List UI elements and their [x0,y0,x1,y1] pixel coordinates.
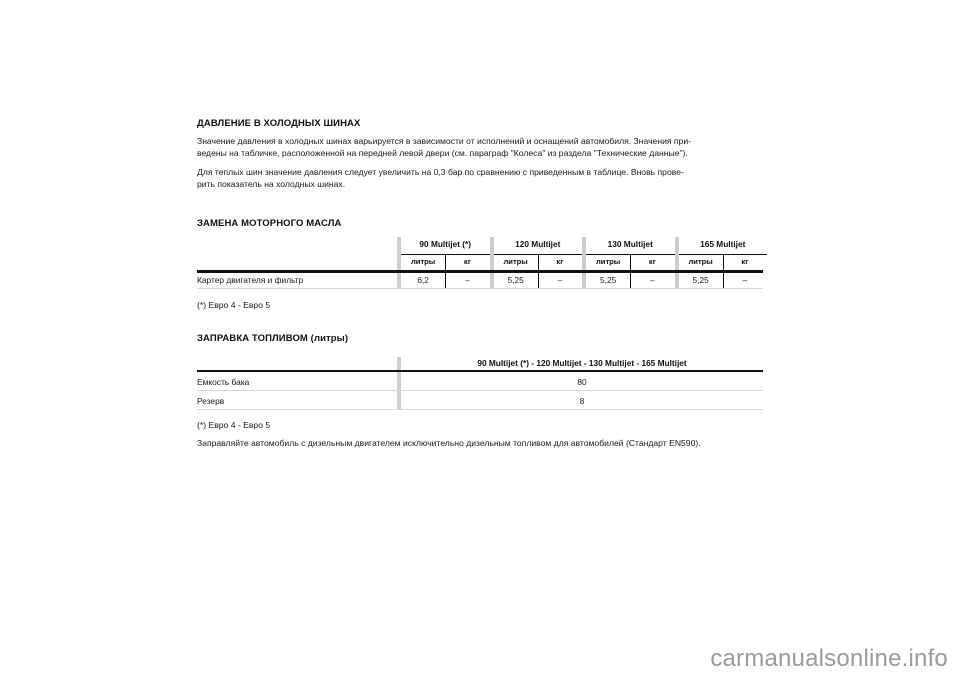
fuel-title: ЗАПРАВКА ТОПЛИВОМ (литры) [197,333,348,344]
engine-column-header: 90 Multijet (*) [401,239,490,249]
unit-header: кг [630,257,674,266]
header-rule [197,270,763,273]
unit-header: кг [538,257,582,266]
oil-value: 5,25 [586,275,630,285]
engine-column-header: 130 Multijet [586,239,675,249]
oil-row-label: Картер двигателя и фильтр [197,275,303,285]
fuel-footnote: (*) Евро 4 - Евро 5 [197,419,270,431]
row-divider [197,409,763,410]
header-rule [197,370,763,372]
fuel-row-label: Резерв [197,396,224,406]
unit-header: литры [401,257,445,266]
unit-header: литры [494,257,538,266]
fuel-note: Заправляйте автомобиль с дизельным двига… [197,437,701,449]
engine-column-header: 120 Multijet [494,239,583,249]
fuel-table-header: 90 Multijet (*) - 120 Multijet - 130 Mul… [401,358,763,368]
unit-header: литры [586,257,630,266]
oil-value: 5,25 [679,275,723,285]
fuel-row-value: 80 [401,377,763,387]
fuel-row-value: 8 [401,396,763,406]
unit-header: литры [679,257,723,266]
oil-value: – [445,275,489,285]
oil-value: – [538,275,582,285]
oil-value: 6,2 [401,275,445,285]
watermark: carmanualsonline.info [710,645,948,673]
oil-value: 5,25 [494,275,538,285]
engine-column-header: 165 Multijet [679,239,768,249]
unit-header: кг [445,257,489,266]
fuel-row-label: Емкость бака [197,377,249,387]
oil-value: – [630,275,674,285]
oil-value: – [723,275,767,285]
row-divider [197,288,763,289]
unit-header: кг [723,257,767,266]
engine-oil-footnote: (*) Евро 4 - Евро 5 [197,299,270,311]
row-divider [197,390,763,391]
